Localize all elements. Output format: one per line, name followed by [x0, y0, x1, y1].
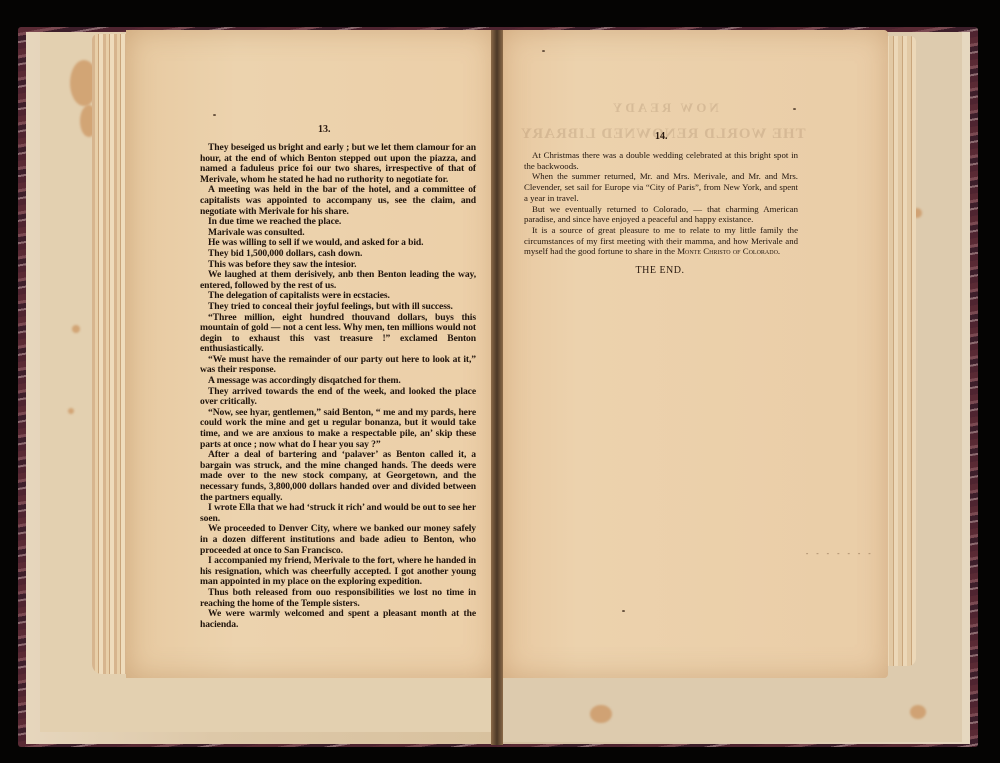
paper-speck — [622, 610, 625, 612]
paragraph: I wrote Ella that we had ‘struck it rich… — [200, 503, 476, 524]
footer-marks: - - - - - - - — [805, 551, 873, 559]
page-number-right: 14. — [655, 131, 668, 142]
paragraph-end: . — [778, 246, 780, 256]
paragraph: When the summer returned, Mr. and Mrs. M… — [524, 171, 798, 203]
paragraph: After a deal of bartering and ‘palaver’ … — [200, 450, 476, 503]
paper-speck — [793, 108, 796, 110]
paragraph: It is a source of great pleasure to me t… — [524, 225, 798, 257]
paragraph: They arrived towards the end of the week… — [200, 387, 476, 408]
foxing-stain — [590, 705, 612, 723]
paragraph: But we eventually returned to Colorado, … — [524, 204, 798, 225]
paragraph: They tried to conceal their joyful feeli… — [200, 302, 476, 313]
foxing-stain — [68, 408, 74, 414]
bleed-through-heading: NOW READY — [610, 100, 719, 116]
foxing-stain — [72, 325, 80, 333]
paragraph: We were warmly welcomed and spent a plea… — [200, 609, 476, 630]
paragraph: We proceeded to Denver City, where we ba… — [200, 524, 476, 556]
paper-speck — [542, 50, 545, 52]
book-title-smallcaps: Monte Christo of Colorado — [677, 246, 778, 256]
page-number-left: 13. — [318, 124, 331, 135]
paragraph: I accompanied my friend, Merivale to the… — [200, 556, 476, 588]
paragraph: A meeting was held in the bar of the hot… — [200, 185, 476, 217]
right-page-text: At Christmas there was a double wedding … — [524, 150, 798, 257]
paragraph: Thus both released from ouo responsibili… — [200, 588, 476, 609]
left-page-text: They beseiged us bright and early ; but … — [200, 143, 476, 630]
paper-speck — [213, 114, 216, 116]
book-gutter — [491, 30, 503, 745]
paragraph: They bid 1,500,000 dollars, cash down. — [200, 249, 476, 260]
paragraph: They beseiged us bright and early ; but … — [200, 143, 476, 185]
paragraph: “We must have the remainder of our party… — [200, 355, 476, 376]
the-end-label: THE END. — [600, 265, 720, 276]
paragraph: At Christmas there was a double wedding … — [524, 150, 798, 171]
foxing-stain — [910, 705, 926, 719]
paragraph: “Three million, eight hundred thouvand d… — [200, 313, 476, 355]
paragraph: “Now, see hyar, gentlemen,” said Benton,… — [200, 408, 476, 450]
paragraph: We laughed at them derisively, anb then … — [200, 270, 476, 291]
